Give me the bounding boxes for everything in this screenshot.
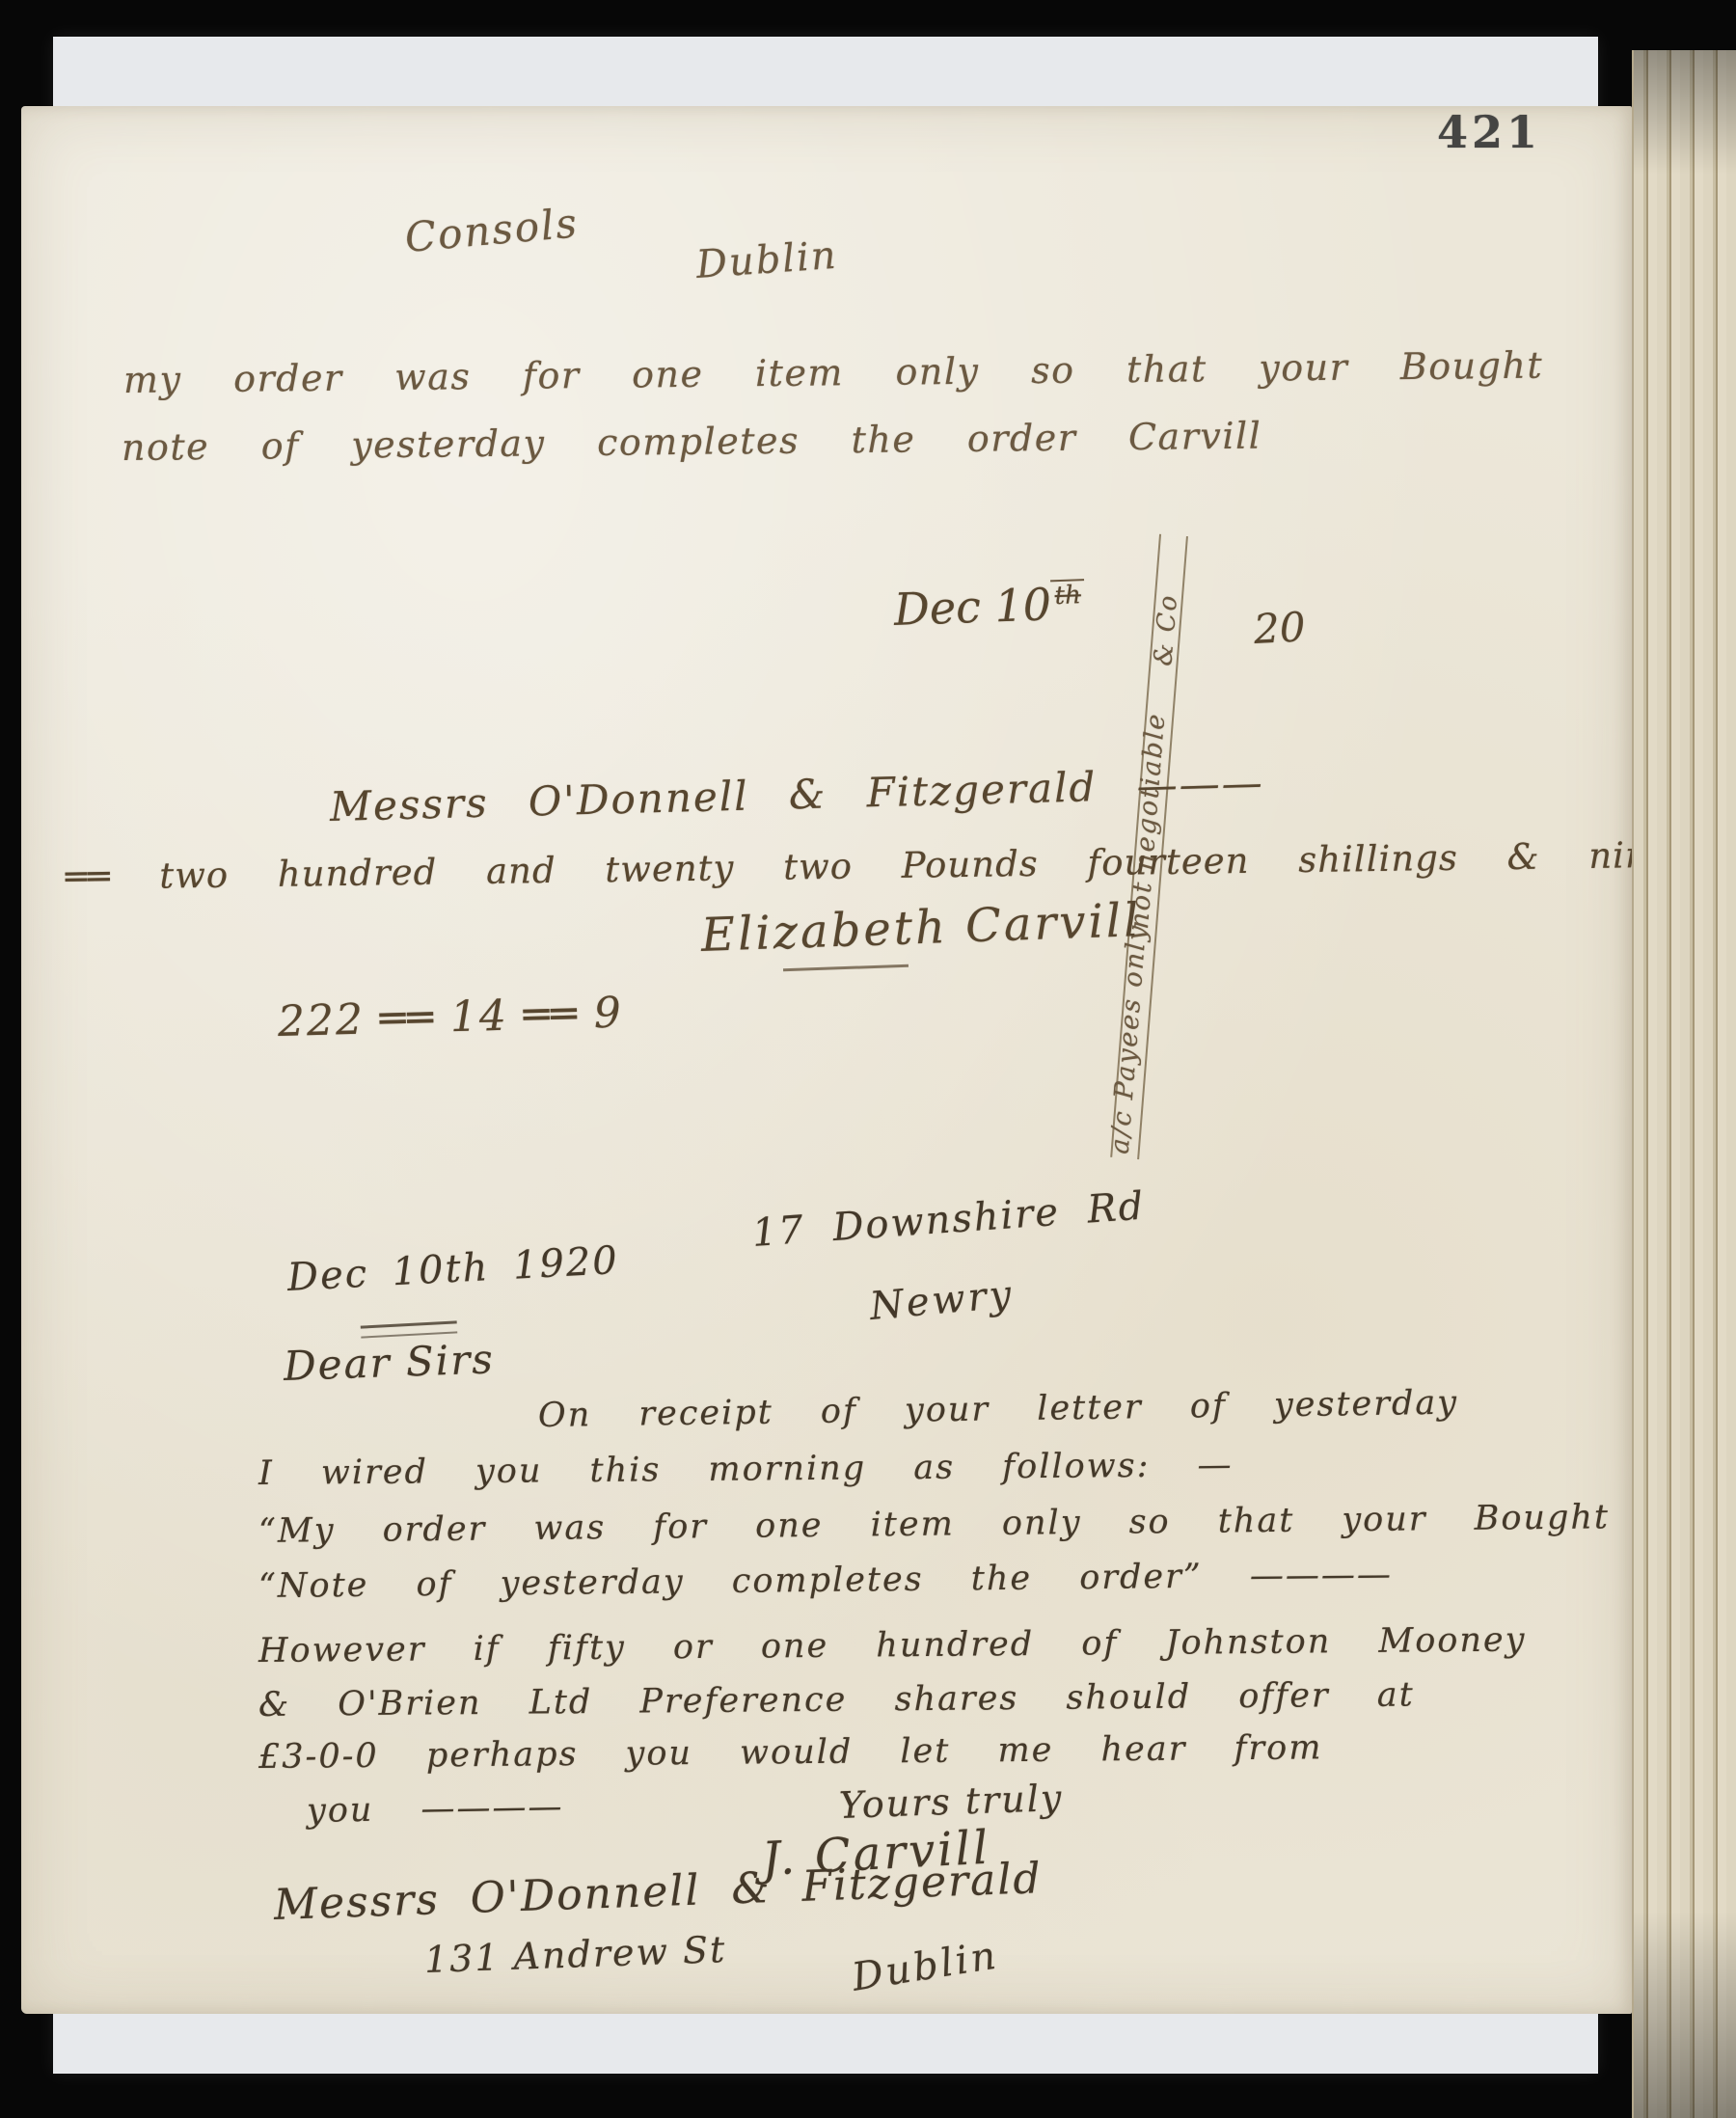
letter-body-line-6: & O'Brien Ltd Preference shares should o…	[258, 1676, 1415, 1724]
memo-line-1: my order was for one item only so that y…	[123, 344, 1544, 401]
memo-heading-dublin: Dublin	[694, 233, 839, 287]
memo-line-2: note of yesterday completes the order Ca…	[122, 415, 1262, 469]
cheque-date: Dec 10th	[893, 577, 1086, 636]
cheque-date-suffix: th	[1050, 579, 1085, 611]
crossing-text-co: & Co	[1149, 540, 1187, 667]
cheque-date-text: Dec 10	[893, 578, 1052, 636]
crossing-text-payee: a/c Payees only	[1105, 930, 1153, 1155]
letter-body-line-8: you ————	[307, 1787, 564, 1831]
letter-recipient-city: Dublin	[849, 1933, 1001, 1999]
cheque-amount-figures: 222 ══ 14 ══ 9	[277, 989, 623, 1046]
letter-body-line-7: £3-0-0 perhaps you would let me hear fro…	[258, 1728, 1323, 1777]
letter-salutation: Dear Sirs	[283, 1335, 495, 1390]
manuscript-page: 421 Consols Dublin my order was for one …	[21, 106, 1632, 2014]
letter-body-line-5: However if fifty or one hundred of Johns…	[258, 1621, 1527, 1670]
letter-sender-address-2: Newry	[868, 1272, 1016, 1329]
letter-sender-address-1: 17 Downshire Rd	[750, 1184, 1146, 1256]
letter-recipient: Messrs O'Donnell & Fitzgerald	[273, 1854, 1043, 1930]
cheque-amount-words: ══ two hundred and twenty two Pounds fou…	[66, 832, 1736, 898]
signature-underline-mark	[783, 964, 909, 972]
memo-heading-consols: Consols	[403, 199, 581, 261]
letter-body-line-4: “Note of yesterday completes the order” …	[258, 1556, 1393, 1606]
date-underline-mark	[361, 1320, 458, 1338]
letter-body-line-1: On receipt of your letter of yesterday	[538, 1384, 1459, 1435]
cheque-year: 20	[1253, 603, 1307, 653]
letter-body-line-2: I wired you this morning as follows: —	[258, 1446, 1234, 1493]
letter-closing: Yours truly	[838, 1777, 1064, 1827]
book-page-edges	[1632, 50, 1736, 2118]
page-number: 421	[1437, 106, 1541, 158]
cheque-signature: Elizabeth Carvill	[700, 893, 1142, 963]
letter-body-line-3: “My order was for one item only so that …	[258, 1498, 1610, 1551]
letter-recipient-street: 131 Andrew St	[423, 1928, 727, 1981]
letter-date: Dec 10th 1920	[286, 1238, 620, 1300]
